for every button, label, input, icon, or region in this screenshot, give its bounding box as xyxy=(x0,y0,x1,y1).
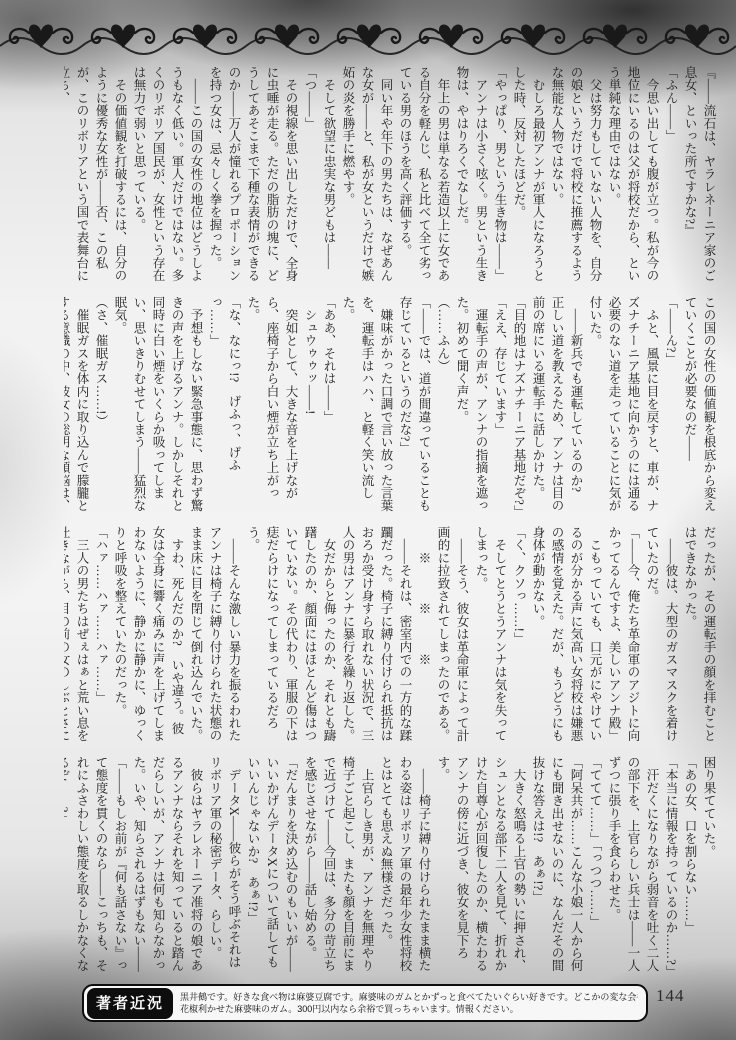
paragraph: 予想もしない緊急事態に、思わず驚きの声を上げるアンナ。しかしそれと同時に白い煙を… xyxy=(110,296,205,514)
paragraph: ふと、風景に目を戻すと、車が、ナズナチーニア基地に向かうのには通る必要のない道を… xyxy=(585,296,661,514)
paragraph: 『――流石は、ヤラレネーニア家のご息女、といった所ですかな?』 xyxy=(680,66,718,284)
paragraph: データX――彼らがそう呼ぶそれはリボリア軍の秘密データ、らしい。 xyxy=(205,756,243,974)
heart-border-ornament xyxy=(0,16,736,62)
author-status-label: 著者近況 xyxy=(87,988,173,1019)
paragraph: ――新兵でも運転しているのか? 正しい道を教えるため、アンナは目の前の席にいる運… xyxy=(528,296,585,514)
paragraph: 「――もしお前が『何も話さない』って態度を貫くのなら――こっちも、それにふさわし… xyxy=(64,756,129,974)
paragraph: 「阿呆共が……こんな小娘一人から何にも聞き出せないのに、なんだその間抜けな答えは… xyxy=(528,756,585,974)
paragraph: 今思い出しても腹が立つ。私が今の地位にいるのは父が将校だから、という単純な理由で… xyxy=(604,66,661,284)
paragraph: 「――では、道が間違っていることも存じているというのだな?」 xyxy=(395,296,433,514)
paragraph: 彼らはヤラレネーニア准将の娘であるアンナならそれを知っていると踏んだらしいが、ア… xyxy=(129,756,205,974)
paragraph: 運転手の声が、アンナの指摘を遮った。初めて聞く声だ。 xyxy=(452,296,490,514)
paragraph: ――そんな激しい暴力を振るわれたアンナは椅子に縛り付けられた状態のまま床に目を閉… xyxy=(186,526,243,744)
paragraph: 「あの女、口を割らない……」 xyxy=(680,756,699,974)
paragraph: その視線を思い出しただけで、全身に虫唾が走る。ただの脂肪の塊に、どうしてあそこま… xyxy=(205,66,300,284)
author-note-text: 黒井鵺です。好きな食べ物は麻婆豆腐です。麻婆味のガムとかずっと食べてたいぐらい好… xyxy=(180,991,638,1015)
paragraph: だったが、その運転手の顔を拝むことはできなかった。 xyxy=(680,526,718,744)
paragraph: 「つ――」 xyxy=(300,66,319,284)
paragraph: そしてとうとうアンナは気を失ってしまった。 xyxy=(471,526,509,744)
paragraph: 催眠ガスを体内に取り込んで朦朧とする意識の中、彼女の聡明な頭脳は、この突然な襲撃… xyxy=(64,296,91,514)
author-note-line-1: 黒井鵺です。好きな食べ物は麻婆豆腐です。麻婆味のガムとかずっと食べてたいぐらい好… xyxy=(180,991,638,1003)
text-block-4: 困り果てていた。「あの女、口を割らない……」「本当に情報を持っているのか……?」… xyxy=(64,756,718,974)
paragraph: 「ててて……」「っつつ……」 xyxy=(585,756,604,974)
paragraph: ――そう、彼女は革命軍によって計画的に拉致されてしまったのである。 xyxy=(433,526,471,744)
paragraph: ――この国の女性の地位はどうしようもなく低い。軍人だけではない。多くのリボリア国… xyxy=(129,66,205,284)
paragraph: （……ふん） xyxy=(433,296,452,514)
paragraph: 嫌味がかった口調で言い放った言葉を、運転手はハハ、と軽く笑い流した。 xyxy=(338,296,395,514)
page-number: 144 xyxy=(656,986,685,1006)
paragraph: 「く、クソっ……!」 xyxy=(509,526,528,744)
paragraph: 同い年や年下の男たちは、なぜあんな女が――と、私が女というだけで嫉妬の炎を勝手に… xyxy=(338,66,395,284)
text-block-2: この国の女性の価値観を根底から変えていくことが必要なのだ――「――ん?」 ふと、… xyxy=(64,296,718,514)
paragraph: 「やっぱり、男という生き物は――」 xyxy=(490,66,509,284)
paragraph: むしろ最初アンナが軍人になろうとした時、反対したほどだ。 xyxy=(509,66,547,284)
paragraph: 「――ん?」 xyxy=(661,296,680,514)
paragraph: 大きく怒鳴る上官の勢いに押され、シュンとなる部下二人を見て、折れかけた自尊心が回… xyxy=(433,756,528,974)
paragraph: 「本当に情報を持っているのか……?」 xyxy=(661,756,680,974)
paragraph: すわ、死んだのか? いや違う。彼女は全身に響く痛みに声を上げてしまわないように、… xyxy=(110,526,186,744)
paragraph: ――椅子に縛り付けられたまま横たわる姿はリボリア軍の最年少女性将校とはとても思え… xyxy=(376,756,433,974)
paragraph: 「な、なにっ!? げふっ、げふっ……」 xyxy=(205,296,243,514)
paragraph: ――それは、密室内での一方的な蹂躙だった。椅子に縛り付けられ抵抗はおろか受け身す… xyxy=(338,526,414,744)
paragraph: 困り果てていた。 xyxy=(699,756,718,974)
paragraph: 三人の男たちはぜぇはぁと荒い息を吐きながら、目の前の女のしぶとさに xyxy=(64,526,91,744)
paragraph: 女だからと侮ったのか、それとも躊躇したのか、顔面にはほとんど傷はついていない。そ… xyxy=(243,526,338,744)
paragraph: そして欲望に忠実な男どもは―― xyxy=(319,66,338,284)
paragraph: 「――今、俺たち革命軍のアジトに向かってるんですよ、美しいアンナ殿」 xyxy=(604,526,642,744)
paragraph: 「ハァ……ハァ……ハァ……」 xyxy=(91,526,110,744)
paragraph: 汗だくになりながら弱音を吐く二人の部下を、上官らしい兵士は――一人ずつに張り手を… xyxy=(604,756,661,974)
paragraph: 年上の男は単なる若造以上に女である自分を軽んじ、私と比べて全て劣っている男のほう… xyxy=(395,66,452,284)
paragraph: 「目的地はナズナチーニア基地だぞ?」 xyxy=(509,296,528,514)
text-block-1: 『――流石は、ヤラレネーニア家のご息女、といった所ですかな?』「ふん――」 今思… xyxy=(64,66,718,284)
paragraph: こもっていても、口元がにやけているのが分かる声に気高い女将校は嫌悪の感情を覚えた… xyxy=(528,526,604,744)
author-note-line-2: 花椒利かせた麻婆味のガム。300円以内なら余裕で買っちゃいます。情報ください。 xyxy=(180,1003,638,1015)
paragraph: 「だんまりを決め込むのもいいが――いいかげんデータXについて話してもいいんじゃな… xyxy=(243,756,300,974)
author-note-box: 著者近況 黒井鵺です。好きな食べ物は麻婆豆腐です。麻婆味のガムとかずっと食べてた… xyxy=(82,984,648,1022)
paragraph: シュウゥゥッ――! xyxy=(300,296,319,514)
paragraph: 「ええ、存じています」 xyxy=(490,296,509,514)
paragraph: その価値観を打破するには、自分のように優秀な女性が――否、この私が、このリボリア… xyxy=(64,66,129,284)
paragraph: 突如として、大きな音を上げながら、座椅子から白い煙が立ち上がった。 xyxy=(243,296,300,514)
section-divider: ※ ※ ※ xyxy=(414,526,433,744)
novel-page: 『――流石は、ヤラレネーニア家のご息女、といった所ですかな?』「ふん――」 今思… xyxy=(0,0,736,1040)
paragraph: ――彼は、大型のガスマスクを着けていたのだ。 xyxy=(642,526,680,744)
text-block-3: だったが、その運転手の顔を拝むことはできなかった。 ――彼は、大型のガスマスクを… xyxy=(64,526,718,744)
paragraph: この国の女性の価値観を根底から変えていくことが必要なのだ―― xyxy=(680,296,718,514)
paragraph: （さ、催眠ガス……!） xyxy=(91,296,110,514)
paragraph: アンナは小さく呟く。男という生き物は、やはりろくでなしだ。 xyxy=(452,66,490,284)
paragraph: 「ああ、それは――」 xyxy=(319,296,338,514)
paragraph: 上官らしき男が、アンナを無理やり椅子ごと起こし、またも顔を目前にまで近づけて――… xyxy=(300,756,376,974)
paragraph: 父は努力もしていない人物を、自分の娘というだけで将校に推薦するような無能な人物で… xyxy=(547,66,604,284)
paragraph: 「ふん――」 xyxy=(661,66,680,284)
